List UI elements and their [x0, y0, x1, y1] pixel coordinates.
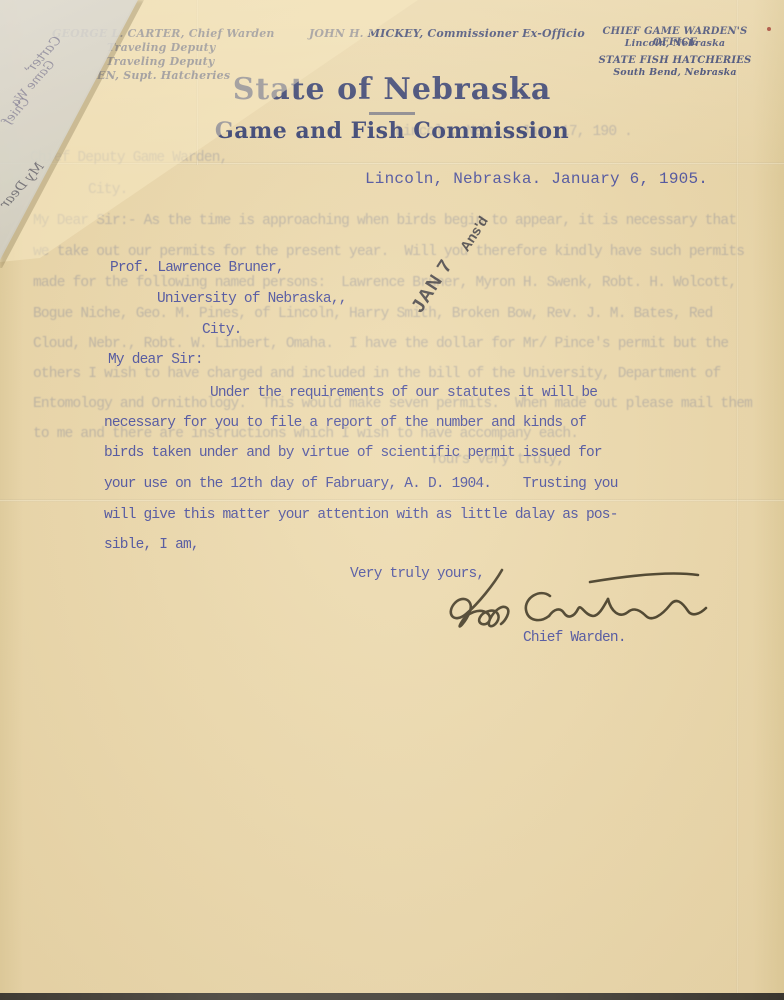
- horizontal-fold-crease: [0, 499, 784, 502]
- vertical-fold-crease: [736, 0, 739, 993]
- scanned-letter-page: Lincoln, Nebr., Jan. 17, 190 . Chief Dep…: [0, 0, 784, 1000]
- salutation: My dear Sir:: [108, 352, 203, 368]
- ghost-line: Bogue Niche, Geo. M. Pines, of Lincoln, …: [33, 306, 713, 322]
- recipient-institution-line: University of Nebraska,,: [157, 291, 347, 307]
- ghost-line: we take out our permits for the present …: [33, 244, 744, 260]
- ghost-line: My Dear Sir:- As the time is approaching…: [33, 213, 736, 229]
- scan-background-strip: [0, 993, 784, 1000]
- ghost-line: made for the following named persons: La…: [33, 275, 736, 291]
- body-line: Under the requirements of our statutes i…: [210, 385, 597, 401]
- mirrored-stamp-fragment: Chief: [0, 94, 32, 127]
- body-line: necessary for you to file a report of th…: [104, 415, 586, 431]
- ghost-line: others I wish to have charged and includ…: [33, 366, 720, 382]
- recipient-name-line: Prof. Lawrence Bruner,: [110, 260, 284, 276]
- recipient-city-line: City.: [202, 322, 242, 338]
- ornamental-rule: [369, 112, 415, 115]
- letterhead-office-2-city: South Bend, Nebraska: [595, 67, 755, 78]
- letterhead-office-1-city: Lincoln, Nebraska: [595, 38, 755, 49]
- signer-title: Chief Warden.: [523, 630, 626, 646]
- body-line: your use on the 12th day of Fabruary, A.…: [104, 476, 618, 492]
- ghost-line: Cloud, Nebr., Robt. W. Linbert, Omaha. I…: [33, 336, 728, 352]
- letterhead-office-2: STATE FISH HATCHERIES: [595, 55, 755, 66]
- body-line: will give this matter your attention wit…: [104, 507, 618, 523]
- body-line: birds taken under and by virtue of scien…: [104, 445, 602, 461]
- red-ink-speck: [767, 27, 771, 31]
- body-line: sible, I am,: [104, 537, 199, 553]
- date-line: Lincoln, Nebraska. January 6, 1905.: [365, 170, 708, 188]
